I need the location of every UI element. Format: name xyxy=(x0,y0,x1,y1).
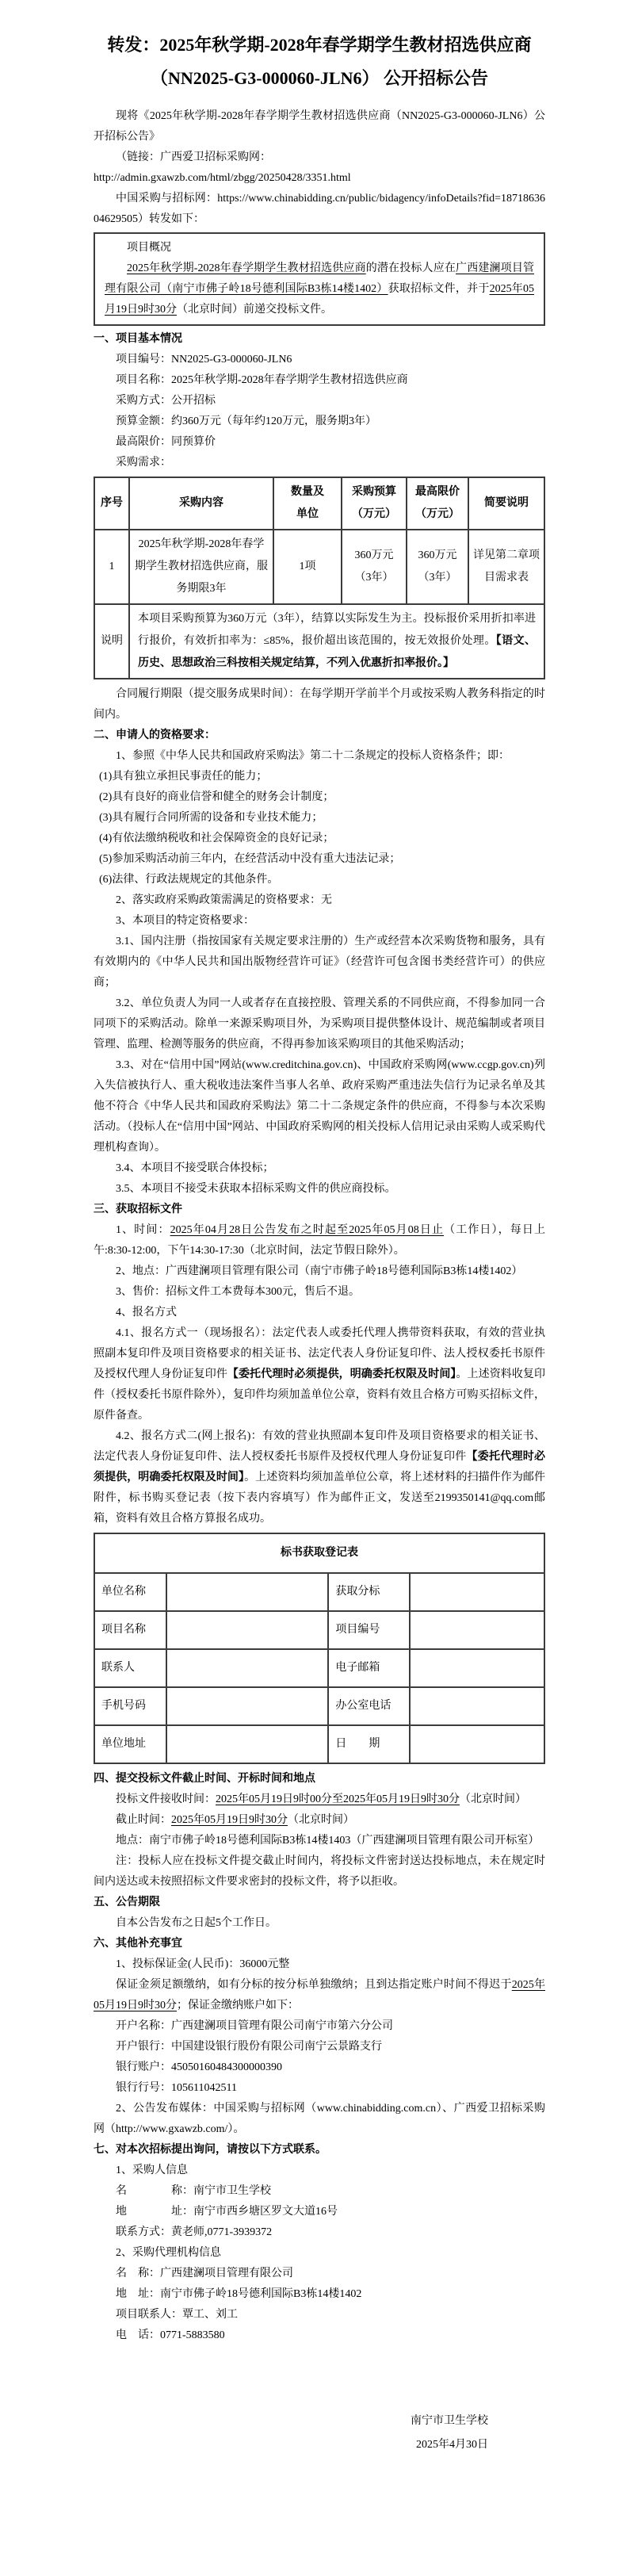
reg-label-lot: 获取分标 xyxy=(328,1573,409,1611)
bid-receive-time: 投标文件接收时间：2025年05月19日9时00分至2025年05月19日9时3… xyxy=(94,1789,545,1810)
registration-table-row: 单位地址 日 期 xyxy=(94,1725,544,1763)
qualification-item-4: (4)有依法缴纳税收和社会保障资金的良好记录； xyxy=(94,829,545,849)
header-budget: 采购预算 （万元） xyxy=(342,477,407,530)
reg-label-date: 日 期 xyxy=(328,1725,409,1763)
cell-brief: 详见第二章项目需求表 xyxy=(468,530,544,604)
reg-value-contact xyxy=(166,1649,328,1687)
registration-table: 标书获取登记表 单位名称 获取分标 项目名称 项目编号 联系人 电子邮箱 手机号… xyxy=(94,1533,545,1764)
procurement-table-data-row: 1 2025年秋学期-2028年春学期学生教材招选供应商，服务期限3年 1项 3… xyxy=(94,530,544,604)
registration-method-1: 4.1、报名方式一（现场报名）：法定代表人或委托代理人携带资料获取，有效的营业执… xyxy=(94,1323,545,1426)
cutoff-zone: （北京时间） xyxy=(288,1814,354,1826)
header-qty: 数量及 单位 xyxy=(273,477,342,530)
agency-address: 地 址：南宁市佛子岭18号德利国际B3栋14楼1402 xyxy=(94,2284,545,2305)
qualification-basis: 1、参照《中华人民共和国政府采购法》第二十二条规定的投标人资格条件；即： xyxy=(94,746,545,767)
agency-contact: 项目联系人：覃工、刘工 xyxy=(94,2305,545,2325)
procurement-table-header-row: 序号 采购内容 数量及 单位 采购预算 （万元） 最高限价 （万元） 简要说明 xyxy=(94,477,544,530)
procurement-table: 序号 采购内容 数量及 单位 采购预算 （万元） 最高限价 （万元） 简要说明 … xyxy=(94,477,545,679)
section-5-heading: 五、公告期限 xyxy=(94,1893,545,1913)
registration-table-title-row: 标书获取登记表 xyxy=(94,1533,544,1573)
method-1-bold-note: 【委托代理时必须提供，明确委托权限及时间】 xyxy=(227,1368,456,1380)
obtain-time-range: 2025年04月28日公告发布之时起至2025年05月08日止 xyxy=(170,1224,444,1236)
announcement-period: 自本公告发布之日起5个工作日。 xyxy=(94,1913,545,1934)
bid-cutoff-time: 截止时间：2025年05月19日9时30分（北京时间） xyxy=(94,1810,545,1831)
reg-value-mobile xyxy=(166,1687,328,1725)
section-6-heading: 六、其他补充事宜 xyxy=(94,1934,545,1954)
procurement-demand-label: 采购需求： xyxy=(94,453,545,473)
overview-project-name: 2025年秋学期-2028年春学期学生教材招选供应商 xyxy=(127,262,366,274)
qualification-item-6: (6)法律、行政法规规定的其他条件。 xyxy=(94,870,545,890)
signature-block: 南宁市卫生学校 2025年4月30日 xyxy=(94,2409,545,2457)
section-3-heading: 三、获取招标文件 xyxy=(94,1200,545,1220)
reg-label-mobile: 手机号码 xyxy=(94,1687,166,1725)
buyer-name: 名 称：南宁市卫生学校 xyxy=(94,2181,545,2202)
overview-heading: 项目概况 xyxy=(105,238,534,258)
overview-text2: 获取招标文件，并于 xyxy=(388,283,490,295)
remark-main: 本项目采购预算为360万元（3年），结算以实际发生为主。投标报价采用折扣率进行报… xyxy=(138,613,536,647)
receive-time-zone: （北京时间） xyxy=(460,1793,526,1805)
policy-requirement: 2、落实政府采购政策需满足的资格要求：无 xyxy=(94,890,545,911)
qualification-item-3: (3)具有履行合同所需的设备和专业技术能力； xyxy=(94,808,545,829)
deposit-payment-text: 保证金须足额缴纳，如有分标的按分标单独缴纳；且到达指定账户时间不得迟于 xyxy=(116,1979,512,1991)
section-4-heading: 四、提交投标文件截止时间、开标时间和地点 xyxy=(94,1769,545,1789)
cell-cap: 360万元 （3年） xyxy=(407,530,468,604)
deposit-payment-paragraph: 保证金须足额缴纳，如有分标的按分标单独缴纳；且到达指定账户时间不得迟于2025年… xyxy=(94,1975,545,2016)
account-bank: 开户银行：中国建设银行股份有限公司南宁云景路支行 xyxy=(94,2037,545,2057)
document-obtain-time: 1、时间：2025年04月28日公告发布之时起至2025年05月08日止（工作日… xyxy=(94,1220,545,1261)
bid-submission-note: 注：投标人应在投标文件提交截止时间内，将投标文件密封送达投标地点，未在规定时间内… xyxy=(94,1851,545,1893)
reg-value-project-no xyxy=(410,1611,544,1649)
section-1-heading: 一、项目基本情况 xyxy=(94,329,545,350)
registration-table-row: 联系人 电子邮箱 xyxy=(94,1649,544,1687)
cell-seq: 1 xyxy=(94,530,129,604)
intro-link-chinabidding: 中国采购与招标网：https://www.chinabidding.cn/pub… xyxy=(94,189,545,230)
overview-text: 的潜在投标人应在 xyxy=(366,262,456,274)
intro-link-gxawzb: http://admin.gxawzb.com/html/zbgg/202504… xyxy=(94,168,545,189)
document-title-line1: 转发：2025年秋学期-2028年春学期学生教材招选供应商 xyxy=(94,29,545,62)
agency-phone: 电 话：0771-5883580 xyxy=(94,2325,545,2346)
reg-label-address: 单位地址 xyxy=(94,1725,166,1763)
reg-value-company xyxy=(166,1573,328,1611)
contract-term-paragraph: 合同履行期限（提交服务成果时间）：在每学期开学前半个月或按采购人教务科指定的时间… xyxy=(94,684,545,725)
specific-requirement-3-1: 3.1、国内注册（指按国家有关规定要求注册的）生产或经营本次采购货物和服务，具有… xyxy=(94,932,545,993)
reg-label-email: 电子邮箱 xyxy=(328,1649,409,1687)
document-title-line2: （NN2025-G3-000060-JLN6） 公开招标公告 xyxy=(94,62,545,95)
reg-label-project-no: 项目编号 xyxy=(328,1611,409,1649)
overview-paragraph: 2025年秋学期-2028年春学期学生教材招选供应商的潜在投标人应在广西建澜项目… xyxy=(105,258,534,320)
reg-label-contact: 联系人 xyxy=(94,1649,166,1687)
agency-name: 名 称：广西建澜项目管理有限公司 xyxy=(94,2264,545,2284)
specific-requirement-3-3: 3.3、对在“信用中国”网站(www.creditchina.gov.cn)、中… xyxy=(94,1055,545,1158)
section-7-heading: 七、对本次招标提出询问，请按以下方式联系。 xyxy=(94,2140,545,2161)
agency-info-title: 2、采购代理机构信息 xyxy=(94,2243,545,2264)
budget-amount: 预算金额：约360万元（每年约120万元，服务期3年） xyxy=(94,411,545,432)
cell-qty: 1项 xyxy=(273,530,342,604)
procurement-table-remark-row: 说明 本项目采购预算为360万元（3年），结算以实际发生为主。投标报价采用折扣率… xyxy=(94,604,544,679)
procurement-method: 采购方式：公开招标 xyxy=(94,391,545,411)
cell-budget: 360万元 （3年） xyxy=(342,530,407,604)
receive-time-range: 2025年05月19日9时00分至2025年05月19日9时30分 xyxy=(216,1793,460,1805)
reg-value-project-name xyxy=(166,1611,328,1649)
reg-value-lot xyxy=(410,1573,544,1611)
cutoff-time: 2025年05月19日9时30分 xyxy=(171,1814,288,1826)
registration-table-row: 手机号码 办公室电话 xyxy=(94,1687,544,1725)
reg-value-email xyxy=(410,1649,544,1687)
document-price: 3、售价：招标文件工本费每本300元，售后不退。 xyxy=(94,1282,545,1303)
project-overview-box: 项目概况 2025年秋学期-2028年春学期学生教材招选供应商的潜在投标人应在广… xyxy=(94,232,545,326)
account-name: 开户名称：广西建澜项目管理有限公司南宁市第六分公司 xyxy=(94,2016,545,2037)
buyer-info-title: 1、采购人信息 xyxy=(94,2161,545,2181)
specific-requirement-3-2: 3.2、单位负责人为同一人或者存在直接控股、管理关系的不同供应商，不得参加同一合… xyxy=(94,993,545,1055)
document-page: 转发：2025年秋学期-2028年春学期学生教材招选供应商 （NN2025-G3… xyxy=(0,0,634,2576)
specific-requirement-title: 3、本项目的特定资格要求： xyxy=(94,911,545,932)
reg-value-address xyxy=(166,1725,328,1763)
receive-time-label: 投标文件接收时间： xyxy=(116,1793,216,1805)
announcement-media: 2、公告发布媒体：中国采购与招标网（www.chinabidding.com.c… xyxy=(94,2099,545,2140)
cell-content: 2025年秋学期-2028年春学期学生教材招选供应商，服务期限3年 xyxy=(129,530,273,604)
price-cap: 最高限价：同预算价 xyxy=(94,432,545,453)
registration-table-row: 项目名称 项目编号 xyxy=(94,1611,544,1649)
header-content: 采购内容 xyxy=(129,477,273,530)
signature-org: 南宁市卫生学校 xyxy=(94,2409,488,2433)
registration-method-2: 4.2、报名方式二(网上报名)：有效的营业执照副本复印件及项目资格要求的相关证书… xyxy=(94,1426,545,1529)
reg-value-office-phone xyxy=(410,1687,544,1725)
bid-opening-place: 地点：南宁市佛子岭18号德利国际B3栋14楼1403（广西建澜项目管理有限公司开… xyxy=(94,1831,545,1851)
reg-value-date xyxy=(410,1725,544,1763)
buyer-address: 地 址：南宁市西乡塘区罗文大道16号 xyxy=(94,2202,545,2222)
reg-label-project-name: 项目名称 xyxy=(94,1611,166,1649)
cutoff-label: 截止时间： xyxy=(116,1814,171,1826)
qualification-item-2: (2)具有良好的商业信誉和健全的财务会计制度； xyxy=(94,787,545,808)
bank-code: 银行行号：105611042511 xyxy=(94,2078,545,2099)
obtain-time-label: 1、时间： xyxy=(116,1224,170,1236)
intro-paragraph-2: （链接：广西爱卫招标采购网： xyxy=(94,147,545,168)
project-number: 项目编号：NN2025-G3-000060-JLN6 xyxy=(94,350,545,370)
remark-text: 本项目采购预算为360万元（3年），结算以实际发生为主。投标报价采用折扣率进行报… xyxy=(129,604,544,679)
reg-label-company: 单位名称 xyxy=(94,1573,166,1611)
intro-paragraph-1: 现将《2025年秋学期-2028年春学期学生教材招选供应商（NN2025-G3-… xyxy=(94,106,545,147)
bid-deposit-amount: 1、投标保证金(人民币)：36000元整 xyxy=(94,1954,545,1975)
qualification-item-1: (1)具有独立承担民事责任的能力； xyxy=(94,767,545,787)
section-2-heading: 二、申请人的资格要求： xyxy=(94,725,545,746)
reg-label-office-phone: 办公室电话 xyxy=(328,1687,409,1725)
document-obtain-place: 2、地点：广西建澜项目管理有限公司（南宁市佛子岭18号德利国际B3栋14楼140… xyxy=(94,1261,545,1282)
deposit-payment-text2: ；保证金缴纳账户如下： xyxy=(177,2000,299,2011)
header-cap: 最高限价 （万元） xyxy=(407,477,468,530)
specific-requirement-3-5: 3.5、本项目不接受未获取本招标采购文件的供应商投标。 xyxy=(94,1179,545,1200)
registration-table-row: 单位名称 获取分标 xyxy=(94,1573,544,1611)
header-brief: 简要说明 xyxy=(468,477,544,530)
account-number: 银行账户：45050160484300000390 xyxy=(94,2057,545,2078)
signature-date: 2025年4月30日 xyxy=(94,2433,488,2457)
header-seq: 序号 xyxy=(94,477,129,530)
specific-requirement-3-4: 3.4、本项目不接受联合体投标； xyxy=(94,1158,545,1179)
project-name: 项目名称：2025年秋学期-2028年春学期学生教材招选供应商 xyxy=(94,370,545,391)
overview-text3: （北京时间）前递交投标文件。 xyxy=(177,304,332,316)
registration-method-title: 4、报名方式 xyxy=(94,1303,545,1323)
qualification-item-5: (5)参加采购活动前三年内，在经营活动中没有重大违法记录； xyxy=(94,849,545,870)
remark-label: 说明 xyxy=(94,604,129,679)
document-title: 转发：2025年秋学期-2028年春学期学生教材招选供应商 （NN2025-G3… xyxy=(94,29,545,95)
registration-table-title: 标书获取登记表 xyxy=(94,1533,544,1573)
